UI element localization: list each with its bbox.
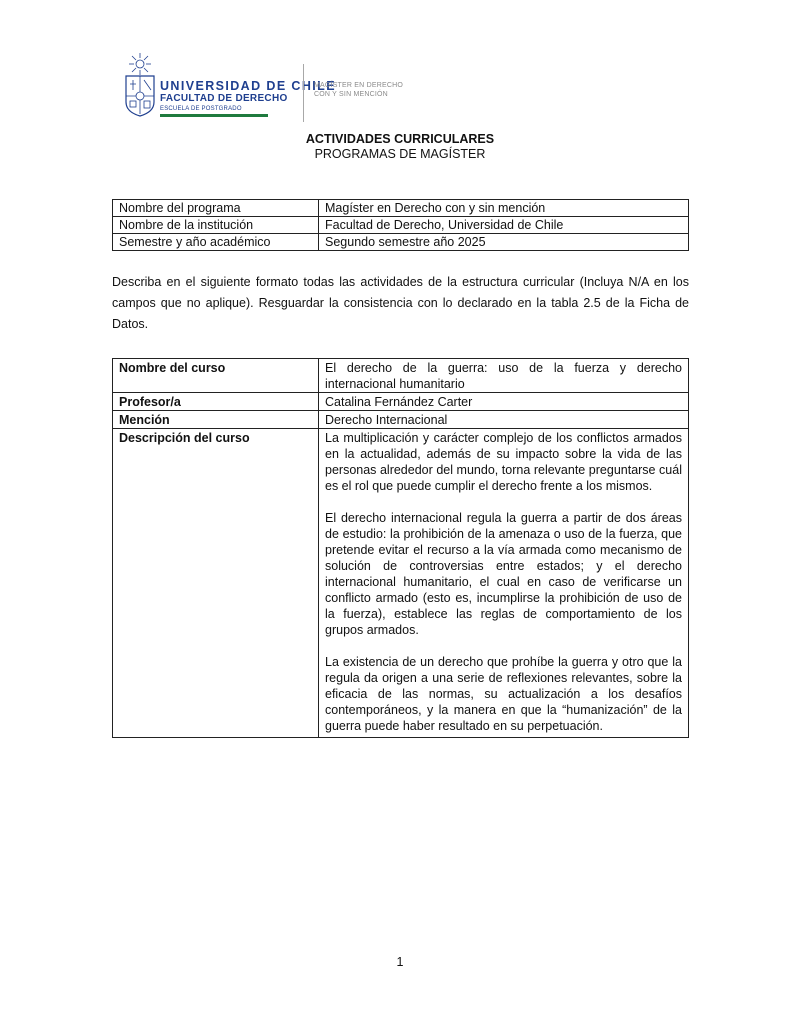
page-title: ACTIVIDADES CURRICULARES bbox=[0, 132, 800, 146]
table-row: Profesor/a Catalina Fernández Carter bbox=[113, 393, 689, 411]
description-label: Descripción del curso bbox=[113, 429, 319, 738]
university-name: UNIVERSIDAD DE CHILE bbox=[160, 79, 336, 93]
description-paragraph: El derecho internacional regula la guerr… bbox=[325, 510, 682, 638]
semester-value: Segundo semestre año 2025 bbox=[319, 234, 689, 251]
institution-value: Facultad de Derecho, Universidad de Chil… bbox=[319, 217, 689, 234]
course-name-label: Nombre del curso bbox=[113, 359, 319, 393]
table-row: Nombre del programa Magíster en Derecho … bbox=[113, 200, 689, 217]
mention-label: Mención bbox=[113, 411, 319, 429]
program-line-2: CON Y SIN MENCIÓN bbox=[314, 91, 388, 98]
institution-label: Nombre de la institución bbox=[113, 217, 319, 234]
table-row: Nombre de la institución Facultad de Der… bbox=[113, 217, 689, 234]
description-paragraph: La existencia de un derecho que prohíbe … bbox=[325, 654, 682, 734]
semester-label: Semestre y año académico bbox=[113, 234, 319, 251]
mention-value: Derecho Internacional bbox=[319, 411, 689, 429]
page-subtitle: PROGRAMAS DE MAGÍSTER bbox=[0, 147, 800, 161]
document-header: UNIVERSIDAD DE CHILE FACULTAD DE DERECHO… bbox=[118, 52, 418, 122]
school-name: ESCUELA DE POSTGRADO bbox=[160, 106, 242, 112]
accent-bar bbox=[160, 114, 268, 117]
university-crest-icon bbox=[120, 52, 160, 118]
program-name-value: Magíster en Derecho con y sin mención bbox=[319, 200, 689, 217]
instructions-paragraph: Describa en el siguiente formato todas l… bbox=[112, 272, 689, 335]
program-info-table: Nombre del programa Magíster en Derecho … bbox=[112, 199, 689, 251]
program-name-label: Nombre del programa bbox=[113, 200, 319, 217]
course-table: Nombre del curso El derecho de la guerra… bbox=[112, 358, 689, 738]
table-row: Semestre y año académico Segundo semestr… bbox=[113, 234, 689, 251]
description-paragraph: La multiplicación y carácter complejo de… bbox=[325, 430, 682, 494]
table-row: Descripción del curso La multiplicación … bbox=[113, 429, 689, 738]
table-row: Nombre del curso El derecho de la guerra… bbox=[113, 359, 689, 393]
faculty-name: FACULTAD DE DERECHO bbox=[160, 93, 288, 104]
page-number: 1 bbox=[0, 955, 800, 969]
description-value: La multiplicación y carácter complejo de… bbox=[319, 429, 689, 738]
program-line-1: MAGÍSTER EN DERECHO bbox=[314, 82, 403, 89]
course-name-value: El derecho de la guerra: uso de la fuerz… bbox=[319, 359, 689, 393]
header-divider bbox=[303, 64, 304, 122]
professor-value: Catalina Fernández Carter bbox=[319, 393, 689, 411]
professor-label: Profesor/a bbox=[113, 393, 319, 411]
table-row: Mención Derecho Internacional bbox=[113, 411, 689, 429]
